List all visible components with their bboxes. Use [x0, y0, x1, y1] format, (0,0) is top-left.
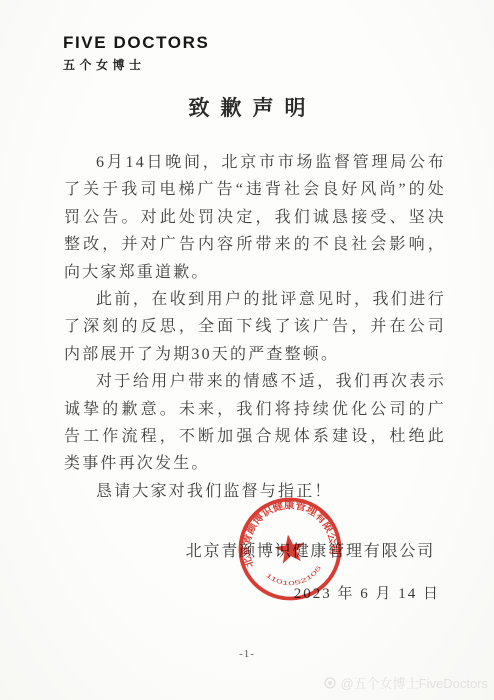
body-paragraph: 6月14日晚间，北京市市场监督管理局公布了关于我司电梯广告“违背社会良好风尚”的… — [64, 149, 446, 286]
apology-letter-page: FIVE DOCTORS 五个女博士 致歉声明 6月14日晚间，北京市市场监督管… — [0, 0, 494, 700]
body-paragraph: 此前，在收到用户的批评意见时，我们进行了深刻的反思，全面下线了该广告，并在公司内… — [64, 286, 446, 368]
watermark: @五个女博士FiveDoctors — [323, 673, 488, 692]
company-seal: 北京青颜博识健康管理有限公司 1101052105 — [228, 487, 352, 611]
document-body: 6月14日晚间，北京市市场监督管理局公布了关于我司电梯广告“违背社会良好风尚”的… — [64, 149, 446, 505]
seal-registration-number: 1101052105 — [263, 563, 326, 591]
brand-logo-en: FIVE DOCTORS — [63, 33, 209, 53]
seal-star-icon — [273, 532, 306, 564]
watermark-text: @五个女博士FiveDoctors — [340, 673, 488, 692]
weibo-watermark-icon — [323, 676, 337, 690]
company-seal-graphic: 北京青颜博识健康管理有限公司 1101052105 — [228, 487, 352, 611]
brand-logo-zh: 五个女博士 — [63, 56, 209, 73]
body-paragraph: 对于给用户带来的情感不适，我们再次表示诚挚的歉意。未来，我们将持续优化公司的广告… — [64, 368, 446, 478]
document-title: 致歉声明 — [0, 92, 494, 122]
page-number: -1- — [0, 648, 494, 660]
brand-logo: FIVE DOCTORS 五个女博士 — [63, 33, 209, 73]
svg-text:1101052105: 1101052105 — [263, 563, 326, 591]
